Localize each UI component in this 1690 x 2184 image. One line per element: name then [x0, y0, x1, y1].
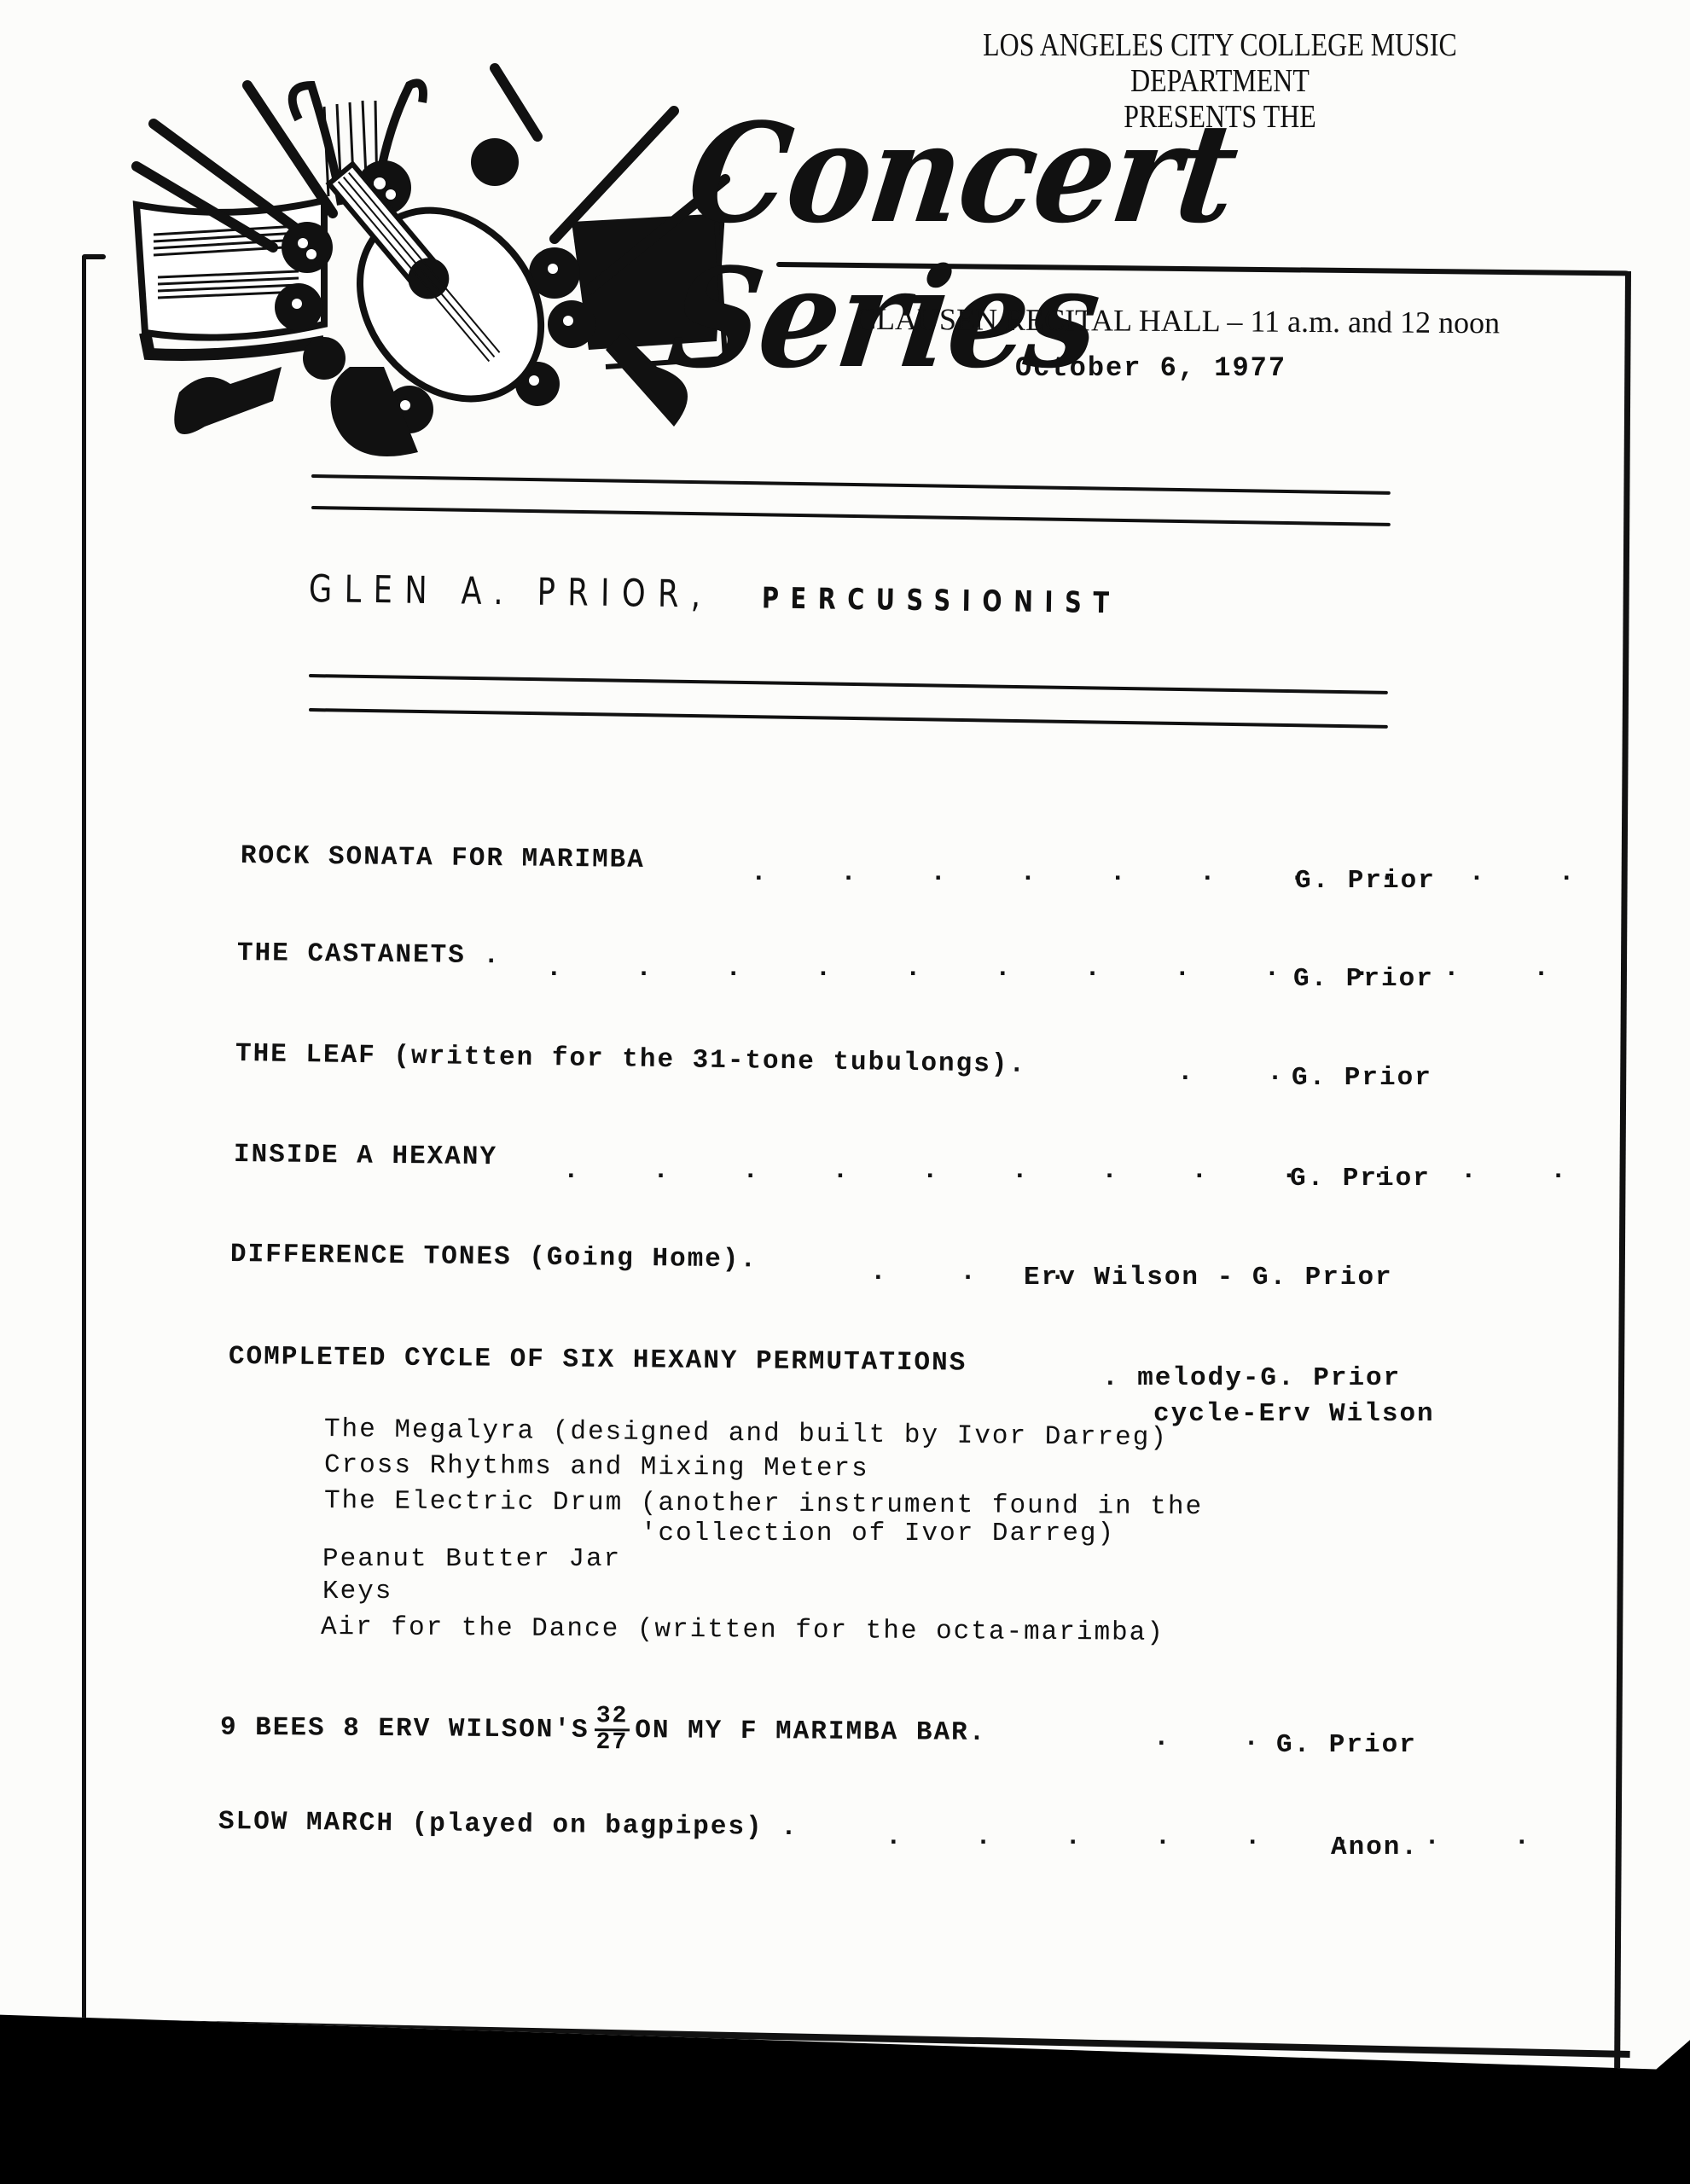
fraction-denominator: 27: [594, 1731, 630, 1755]
piece-title: ROCK SONATA FOR MARIMBA: [241, 841, 645, 875]
series-title: Concert Series: [662, 101, 1611, 391]
performer-heading: GLEN A. PRIOR, PERCUSSIONIST: [309, 567, 1121, 622]
venue-line: CLAUSEN RECITAL HALL – 11 a.m. and 12 no…: [856, 301, 1500, 341]
performer-role: PERCUSSIONIST: [762, 581, 1121, 620]
title-part: 9 BEES 8 ERV WILSON'S: [220, 1713, 589, 1745]
sub-item: Peanut Butter Jar: [322, 1544, 621, 1574]
dot-leader: . . . . . . . . . . . .: [563, 1156, 1595, 1186]
rule-line: [309, 674, 1388, 694]
title-part: ON MY F MARIMBA BAR.: [635, 1716, 986, 1748]
dot-leader: . .: [1153, 1723, 1288, 1753]
piece-title: SLOW MARCH (played on bagpipes) .: [218, 1807, 799, 1843]
department-line: LOS ANGELES CITY COLLEGE MUSIC DEPARTMEN…: [897, 27, 1542, 99]
composer: Erv Wilson - G. Prior: [1024, 1263, 1393, 1292]
form-number: Form No. 7059.02: [48, 2071, 188, 2095]
ratio-fraction: 3227: [594, 1705, 630, 1755]
piece-title: DIFFERENCE TONES (Going Home).: [230, 1240, 758, 1275]
composer-secondary: cycle-Erv Wilson: [1153, 1399, 1435, 1429]
ink-mark: [166, 2034, 174, 2046]
piece-title: THE LEAF (written for the 31-tone tubulo…: [235, 1039, 1027, 1080]
composer: G. Prior: [1290, 1164, 1431, 1194]
frame-border-left: [82, 256, 86, 2022]
piece-title: INSIDE A HEXANY: [234, 1140, 497, 1172]
dot-leader: . . . . . . . .: [886, 1822, 1559, 1852]
rule-line: [311, 474, 1391, 495]
piece-title: THE CASTANETS .: [237, 938, 501, 971]
frame-border-bottom: [82, 2018, 1630, 2058]
composer: G. Prior: [1293, 964, 1434, 994]
dot-leader: . . . . . . . . . .: [751, 858, 1603, 888]
fraction-numerator: 32: [595, 1705, 630, 1731]
composer: G. Prior: [1295, 866, 1436, 896]
performer-name: GLEN A. PRIOR,: [309, 567, 713, 617]
sub-item: Air for the Dance (written for the octa-…: [321, 1612, 1164, 1648]
composer: . melody-G. Prior: [1102, 1363, 1401, 1393]
program-sheet: LOS ANGELES CITY COLLEGE MUSIC DEPARTMEN…: [0, 0, 1690, 2099]
sub-item: The Electric Drum (another instrument fo…: [324, 1486, 1203, 1522]
composer: Anon.: [1331, 1833, 1419, 1862]
composer: G. Prior: [1276, 1730, 1417, 1760]
sub-item: Cross Rhythms and Mixing Meters: [324, 1450, 869, 1484]
rule-line: [309, 708, 1388, 729]
concert-date: October 6, 1977: [1015, 352, 1286, 384]
piece-title: 9 BEES 8 ERV WILSON'S3227ON MY F MARIMBA…: [220, 1702, 987, 1757]
frame-border-right: [1614, 271, 1631, 2082]
sub-item: The Megalyra (designed and built by Ivor…: [324, 1414, 1168, 1453]
rule-line: [311, 506, 1391, 526]
composer: G. Prior: [1292, 1063, 1432, 1093]
piece-title: COMPLETED CYCLE OF SIX HEXANY PERMUTATIO…: [229, 1342, 967, 1379]
sub-item: Keys: [322, 1577, 392, 1606]
